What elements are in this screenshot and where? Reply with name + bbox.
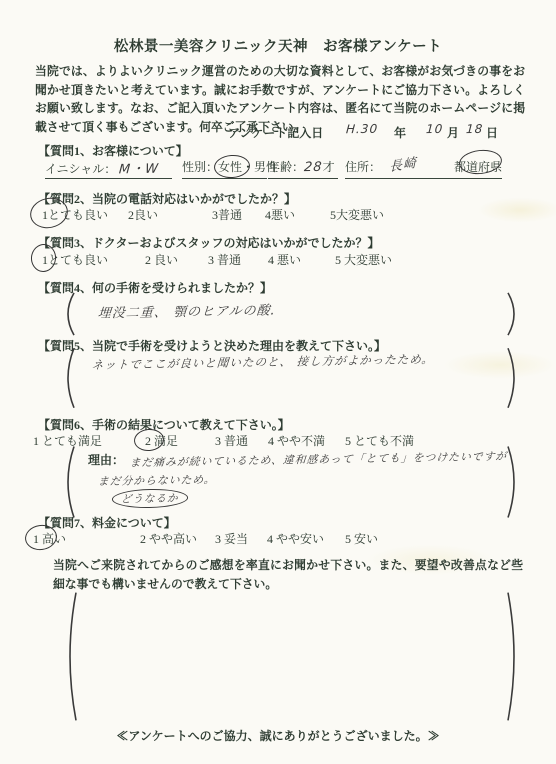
right-bracket-icon bbox=[506, 347, 520, 409]
q6-reason-box: 理由： まだ痛みが続いているため、違和感あって「とても」をつけたいですが まだ分… bbox=[62, 445, 520, 519]
q1-gender-label: 性別： bbox=[182, 160, 218, 174]
q4-answer-box: 埋没二重、 顎のヒアルの酸. bbox=[62, 292, 520, 336]
q4-answer-value: 埋没二重、 顎のヒアルの酸. bbox=[97, 299, 276, 321]
q1-age-field: 年齢：28才 bbox=[268, 158, 338, 179]
q2-option-2: 2良い bbox=[128, 206, 158, 223]
q7-option-2: 2 やや高い bbox=[140, 530, 197, 547]
right-bracket-icon bbox=[506, 292, 520, 336]
q3-option-2: 2 良い bbox=[145, 251, 178, 268]
left-bracket-icon bbox=[62, 292, 76, 336]
feedback-answer-box bbox=[64, 590, 520, 723]
feedback-prompt: 当院へご来院されてからのご感想を率直にお聞かせ下さい。また、要望や改善点など些細… bbox=[53, 556, 523, 593]
q1-heading: 【質問1、お客様について】 bbox=[38, 142, 188, 159]
q2-options-row: 1とても良い 2良い 3普通 4悪い 5大変悪い bbox=[0, 206, 556, 223]
q3-option-4: 4 悪い bbox=[268, 251, 301, 268]
right-bracket-icon bbox=[506, 590, 520, 723]
q5-answer-box: ネットでここが良いと聞いたのと、 接し方がよかったため。 bbox=[62, 347, 520, 409]
day-unit-label: 日 bbox=[486, 124, 498, 141]
survey-sheet: 松林景一美容クリニック天神 お客様アンケート 当院では、よりよいクリニック運営の… bbox=[0, 0, 556, 764]
q3-option-3: 3 普通 bbox=[208, 251, 241, 268]
q7-heading: 【質問7、料金について】 bbox=[38, 514, 176, 531]
q2-option-5: 5大変悪い bbox=[330, 206, 384, 223]
q1-age-label: 年齢： bbox=[268, 160, 304, 174]
q5-answer-value: ネットでここが良いと聞いたのと、 接し方がよかったため。 bbox=[91, 351, 434, 373]
q1-address-label: 住所： bbox=[345, 158, 381, 178]
month-unit-label: 月 bbox=[447, 124, 459, 141]
year-unit-label: 年 bbox=[394, 124, 406, 141]
page-title: 松林景一美容クリニック天神 お客様アンケート bbox=[0, 35, 556, 56]
left-bracket-icon bbox=[62, 445, 76, 519]
q3-options-row: 1とても良い 2 良い 3 普通 4 悪い 5 大変悪い bbox=[0, 251, 556, 268]
survey-date-era-value: H.30 bbox=[345, 122, 378, 137]
q1-initial-value: M・W bbox=[119, 158, 160, 178]
survey-date-label: アンケート記入日 bbox=[228, 124, 323, 141]
survey-date-month-value: 10 bbox=[425, 122, 443, 136]
q7-options-row: 1 高い 2 やや高い 3 妥当 4 やや安い 5 安い bbox=[0, 530, 556, 547]
q7-option-4: 4 やや安い bbox=[267, 530, 324, 547]
q1-age-value: 28 bbox=[303, 160, 323, 175]
q1-initial-field: イニシャル： M・W bbox=[45, 158, 172, 179]
q7-option-5: 5 安い bbox=[345, 530, 378, 547]
q1-address-value: 長崎 bbox=[389, 152, 417, 176]
q3-option-5: 5 大変悪い bbox=[335, 251, 392, 268]
left-bracket-icon bbox=[64, 590, 78, 723]
footer-thanks: ≪アンケートへのご協力、誠にありがとうございました。≫ bbox=[0, 727, 556, 744]
q6-heading: 【質問6、手術の結果について教えて下さい。】 bbox=[38, 416, 290, 433]
q6-reason-line1: まだ痛みが続いているため、違和感あって「とても」をつけたいですが bbox=[129, 449, 508, 471]
q2-option-3: 3普通 bbox=[212, 206, 242, 223]
right-bracket-icon bbox=[506, 445, 520, 519]
survey-date-day-value: 18 bbox=[465, 122, 483, 136]
q3-heading: 【質問3、ドクターおよびスタッフの対応はいかがでしたか？】 bbox=[38, 234, 380, 251]
q1-initial-label: イニシャル： bbox=[45, 162, 116, 176]
q7-option-3: 3 妥当 bbox=[215, 530, 248, 547]
q6-reason-label: 理由： bbox=[88, 451, 124, 468]
q6-reason-line2: まだ分からないため。 bbox=[97, 472, 216, 489]
left-bracket-icon bbox=[62, 347, 76, 409]
q1-age-unit: 才 bbox=[323, 160, 335, 174]
q2-option-4: 4悪い bbox=[265, 206, 295, 223]
q2-heading: 【質問2、当院の電話対応はいかがでしたか？】 bbox=[38, 190, 296, 207]
q6-reason-insertion-bubble: どうなるか bbox=[111, 488, 188, 508]
